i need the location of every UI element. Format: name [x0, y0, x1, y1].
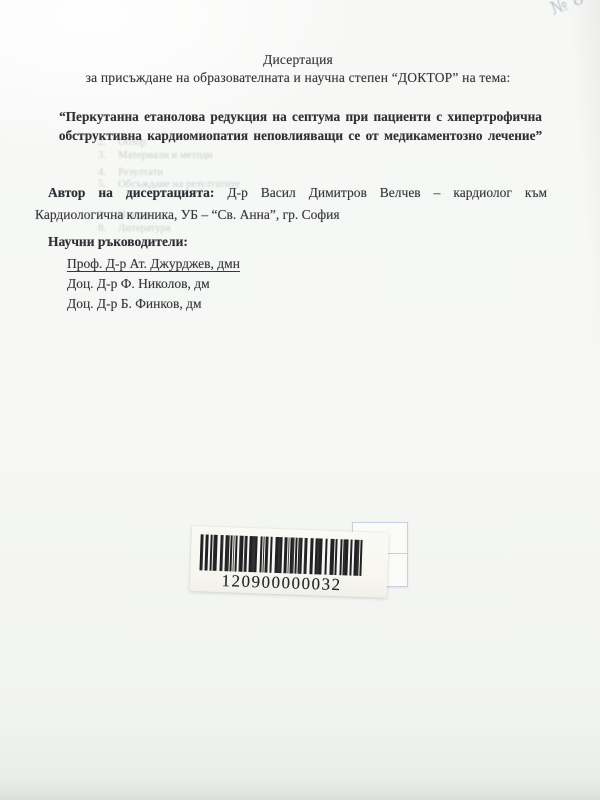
- supervisors-block: Научни ръководители: Проф. Д-р Ат. Джурд…: [48, 234, 240, 314]
- supervisor-name: Доц. Д-р Ф. Николов, дм: [67, 276, 210, 291]
- author-label: Автор на дисертацията:: [48, 185, 214, 200]
- ghost-item-text: Резултати: [118, 166, 163, 178]
- thesis-topic-quote: “Перкутанна етанолова редукция на септум…: [48, 107, 553, 145]
- ghost-item-number: 3.: [98, 149, 113, 161]
- supervisor-item: Доц. Д-р Ф. Николов, дм: [67, 274, 240, 294]
- ghost-list-item: 3.Материали и методи: [98, 149, 213, 161]
- supervisors-label: Научни ръководители:: [48, 234, 240, 250]
- ghost-item-number: 4.: [98, 166, 113, 178]
- photo-bottom-shade: [0, 778, 600, 800]
- page-subtitle: за присъждане на образователната и научн…: [30, 69, 566, 87]
- handwritten-note: № 8: [547, 0, 587, 20]
- supervisor-item: Проф. Д-р Ат. Джурджев, дмн: [67, 254, 240, 274]
- title-block: Дисертация за присъждане на образователн…: [30, 51, 566, 86]
- ghost-list-item: 4.Резултати: [98, 166, 163, 178]
- barcode-icon: [199, 534, 363, 576]
- supervisor-item: Доц. Д-р Б. Финков, дм: [67, 294, 240, 314]
- author-paragraph: Автор на дисертацията: Д-р Васил Димитро…: [35, 182, 547, 226]
- page-title: Дисертация: [30, 51, 566, 69]
- scanned-dissertation-title-page: № 8 2.Обзор 3.Материали и методи 4.Резул…: [0, 0, 600, 800]
- supervisor-list: Проф. Д-р Ат. Джурджев, дмн Доц. Д-р Ф. …: [48, 254, 240, 314]
- ghost-item-text: Материали и методи: [118, 149, 213, 161]
- library-barcode-label: 120900000032: [190, 526, 389, 598]
- supervisor-name: Проф. Д-р Ат. Джурджев, дмн: [67, 256, 240, 271]
- supervisor-name: Доц. Д-р Б. Финков, дм: [67, 296, 202, 311]
